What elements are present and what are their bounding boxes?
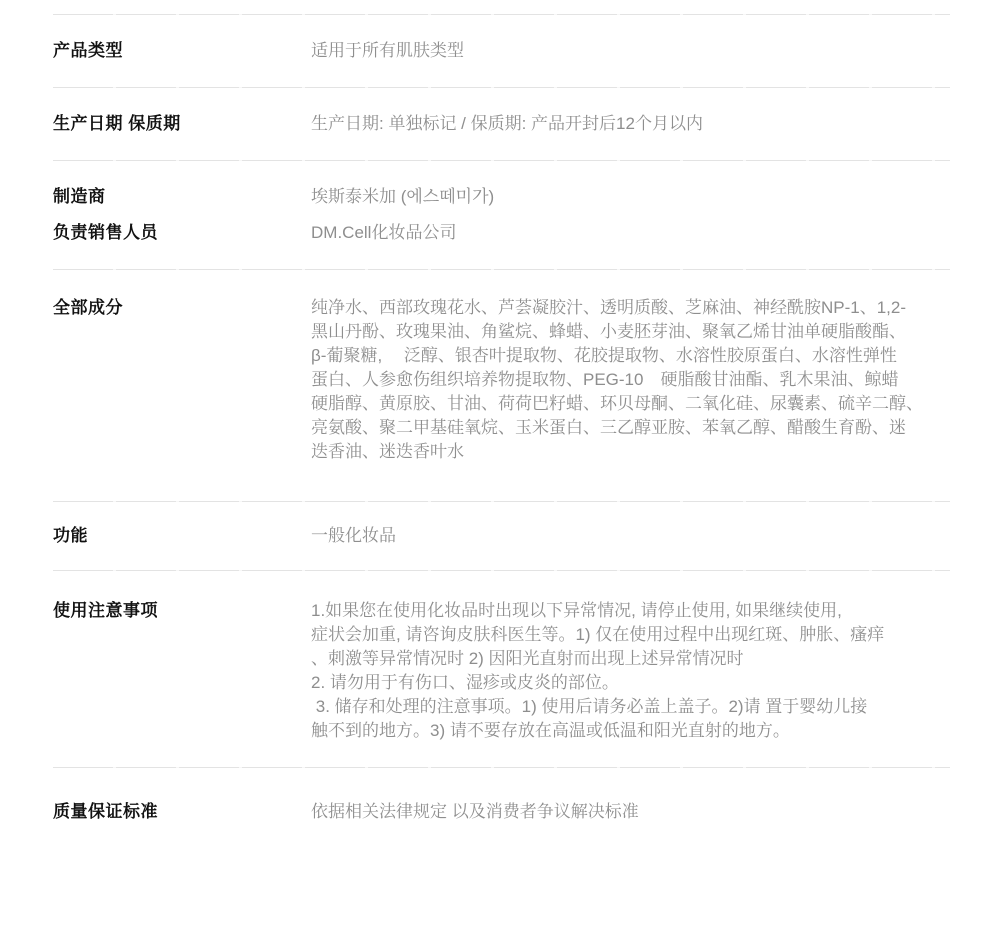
row-production-date: 生产日期 保质期 生产日期: 单独标记 / 保质期: 产品开封后12个月以内 <box>53 88 950 160</box>
row-label-ingredients: 全部成分 <box>53 296 311 320</box>
row-manufacturer-seller: 制造商 埃斯泰米加 (에스떼미가) 负责销售人员 DM.Cell化妆品公司 <box>53 161 950 269</box>
row-label-manufacturer: 制造商 <box>53 179 311 215</box>
row-ingredients: 全部成分 纯净水、西部玫瑰花水、芦荟凝胶汁、透明质酸、芝麻油、神经酰胺NP-1、… <box>53 270 950 501</box>
row-value-manufacturer: 埃斯泰米加 (에스떼미가) <box>311 179 950 215</box>
row-value-quality-standard: 依据相关法律规定 以及消费者争议解决标准 <box>311 800 950 824</box>
row-value-production-date: 生产日期: 单独标记 / 保质期: 产品开封后12个月以内 <box>311 112 950 136</box>
row-value-seller: DM.Cell化妆品公司 <box>311 215 950 251</box>
row-quality-standard: 质量保证标准 依据相关法律规定 以及消费者争议解决标准 <box>53 768 950 884</box>
row-value-function: 一般化妆品 <box>311 524 950 548</box>
row-label-quality-standard: 质量保证标准 <box>53 800 311 824</box>
subrow-manufacturer: 制造商 埃斯泰米加 (에스떼미가) <box>53 179 950 215</box>
row-value-ingredients: 纯净水、西部玫瑰花水、芦荟凝胶汁、透明质酸、芝麻油、神经酰胺NP-1、1,2- … <box>311 296 950 464</box>
product-info-table: 产品类型 适用于所有肌肤类型 生产日期 保质期 生产日期: 单独标记 / 保质期… <box>53 14 950 884</box>
row-label-product-type: 产品类型 <box>53 39 311 63</box>
row-value-product-type: 适用于所有肌肤类型 <box>311 39 950 63</box>
row-label-usage-notes: 使用注意事项 <box>53 599 311 623</box>
row-value-usage-notes: 1.如果您在使用化妆品时出现以下异常情况, 请停止使用, 如果继续使用, 症状会… <box>311 599 950 743</box>
row-label-function: 功能 <box>53 524 311 548</box>
row-usage-notes: 使用注意事项 1.如果您在使用化妆品时出现以下异常情况, 请停止使用, 如果继续… <box>53 571 950 767</box>
row-product-type: 产品类型 适用于所有肌肤类型 <box>53 15 950 87</box>
row-label-seller: 负责销售人员 <box>53 215 311 251</box>
row-function: 功能 一般化妆品 <box>53 502 950 570</box>
row-label-production-date: 生产日期 保质期 <box>53 112 311 136</box>
subrow-seller: 负责销售人员 DM.Cell化妆品公司 <box>53 215 950 251</box>
